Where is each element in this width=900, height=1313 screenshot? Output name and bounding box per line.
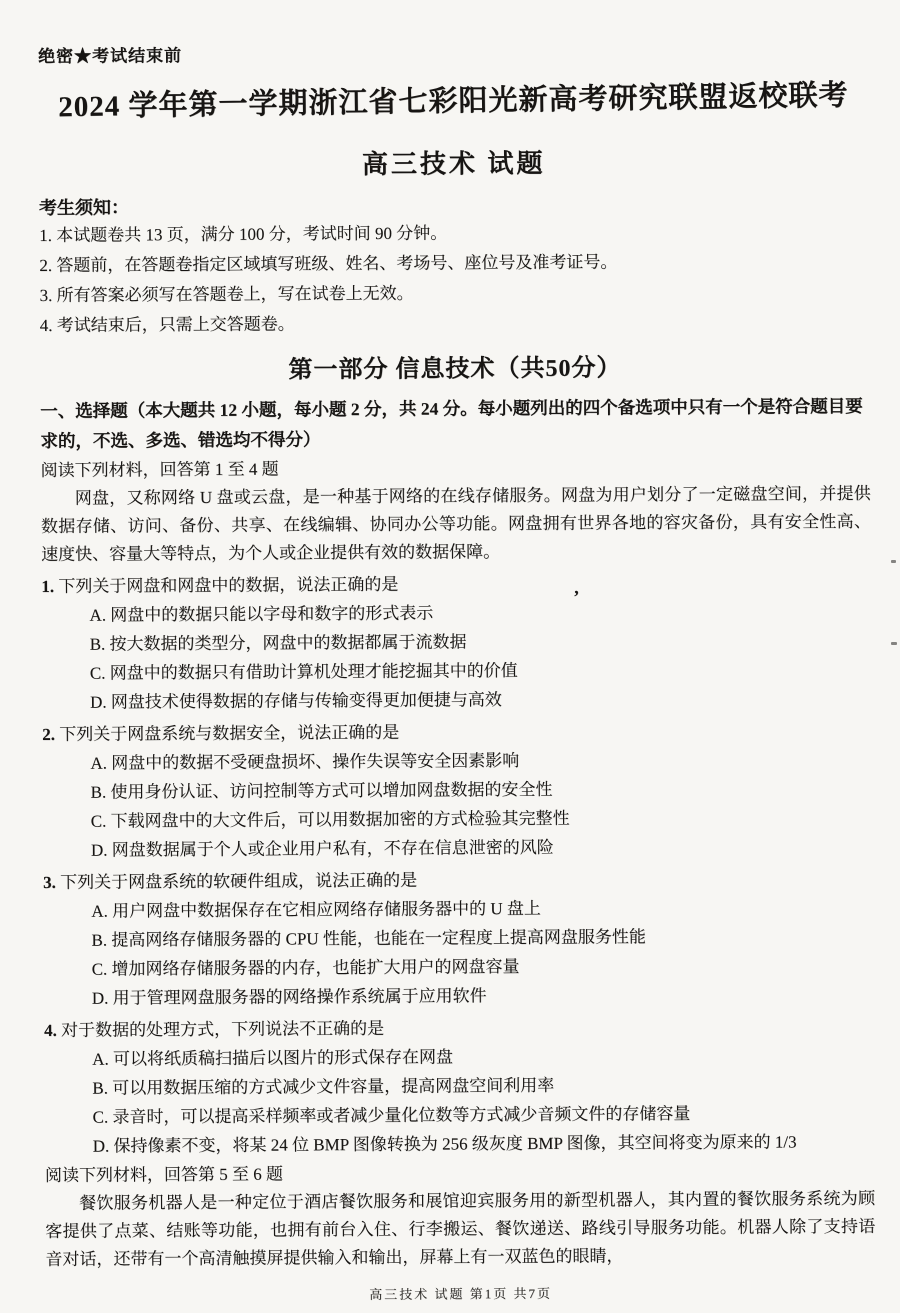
question-3-text: 下列关于网盘系统的软硬件组成，说法正确的是 <box>60 871 417 892</box>
question-2-option-b: B. 使用身份认证、访问控制等方式可以增加网盘数据的安全性 <box>90 773 872 807</box>
question-1-option-a: A. 网盘中的数据只能以字母和数字的形式表示 <box>89 596 871 630</box>
question-2-number: 2. <box>42 725 55 744</box>
question-2-option-a: A. 网盘中的数据不受硬盘损坏、操作失误等安全因素影响 <box>90 744 872 778</box>
exam-title: 2024 学年第一学期浙江省七彩阳光新高考研究联盟返校联考 <box>38 72 869 125</box>
question-3-option-b: B. 提高网络存储服务器的 CPU 性能，也能在一定程度上提高网盘服务性能 <box>91 921 873 955</box>
question-2-option-c: C. 下载网盘中的大文件后，可以用数据加密的方式检验其完整性 <box>91 802 873 836</box>
question-4-number: 4. <box>44 1021 57 1040</box>
question-1: 1. 下列关于网盘和网盘中的数据，说法正确的是 A. 网盘中的数据只能以字母和数… <box>41 567 872 717</box>
question-2-text: 下列关于网盘系统与数据安全，说法正确的是 <box>59 723 399 744</box>
question-4: 4. 对于数据的处理方式，下列说法不正确的是 A. 可以将纸质稿扫描后以图片的形… <box>44 1011 875 1161</box>
question-3-option-d: D. 用于管理网盘服务器的网络操作系统属于应用软件 <box>92 979 874 1013</box>
page-footer: 高三技术 试题 第1页 共7页 <box>46 1281 876 1305</box>
question-4-option-c: C. 录音时，可以提高采样频率或者减少量化位数等方式减少音频文件的存储容量 <box>92 1098 874 1132</box>
question-4-option-a: A. 可以将纸质稿扫描后以图片的形式保存在网盘 <box>92 1040 874 1074</box>
security-classification: 绝密★考试结束前 <box>38 37 868 67</box>
question-4-option-b: B. 可以用数据压缩的方式减少文件容量，提高网盘空间利用率 <box>92 1069 874 1103</box>
scan-artifact-mark: ’ <box>573 587 579 608</box>
multiple-choice-intro: 一、选择题（本大题共 12 小题，每小题 2 分，共 24 分。每小题列出的四个… <box>40 391 870 456</box>
scan-edge-smudge <box>891 642 897 645</box>
question-1-text: 下列关于网盘和网盘中的数据，说法正确的是 <box>58 575 398 596</box>
part1-heading: 第一部分 信息技术（共50分） <box>40 346 870 386</box>
exam-page: 绝密★考试结束前 2024 学年第一学期浙江省七彩阳光新高考研究联盟返校联考 高… <box>38 37 876 1305</box>
question-1-option-c: C. 网盘中的数据只有借助计算机处理才能挖掘其中的价值 <box>90 654 872 688</box>
notice-item-4: 4. 考试结束后，只需上交答题卷。 <box>40 306 870 341</box>
question-3-option-c: C. 增加网络存储服务器的内存，也能扩大用户的网盘容量 <box>92 950 874 984</box>
passage-robot: 餐饮服务机器人是一种定位于酒店餐饮服务和展馆迎宾服务用的新型机器人，其内置的餐饮… <box>45 1185 875 1274</box>
question-2: 2. 下列关于网盘系统与数据安全，说法正确的是 A. 网盘中的数据不受硬盘损坏、… <box>42 715 873 865</box>
question-1-option-b: B. 按大数据的类型分，网盘中的数据都属于流数据 <box>90 625 872 659</box>
candidate-notice: 考生须知： 1. 本试题卷共 13 页，满分 100 分，考试时间 90 分钟。… <box>39 190 870 341</box>
question-3: 3. 下列关于网盘系统的软硬件组成，说法正确的是 A. 用户网盘中数据保存在它相… <box>43 863 874 1013</box>
passage-netdisk: 网盘，又称网络 U 盘或云盘，是一种基于网络的在线存储服务。网盘为用户划分了一定… <box>41 480 871 569</box>
exam-subtitle: 高三技术 试题 <box>39 141 869 183</box>
question-3-number: 3. <box>43 873 56 892</box>
scan-edge-smudge <box>891 560 896 563</box>
question-1-number: 1. <box>41 577 54 596</box>
question-3-option-a: A. 用户网盘中数据保存在它相应网络存储服务器中的 U 盘上 <box>91 892 873 926</box>
question-2-option-d: D. 网盘数据属于个人或企业用户私有，不存在信息泄密的风险 <box>91 831 873 865</box>
question-4-text: 对于数据的处理方式，下列说法不正确的是 <box>61 1019 384 1040</box>
question-1-option-d: D. 网盘技术使得数据的存储与传输变得更加便捷与高效 <box>90 683 872 717</box>
question-4-option-d: D. 保持像素不变，将某 24 位 BMP 图像转换为 256 级灰度 BMP … <box>93 1127 875 1161</box>
